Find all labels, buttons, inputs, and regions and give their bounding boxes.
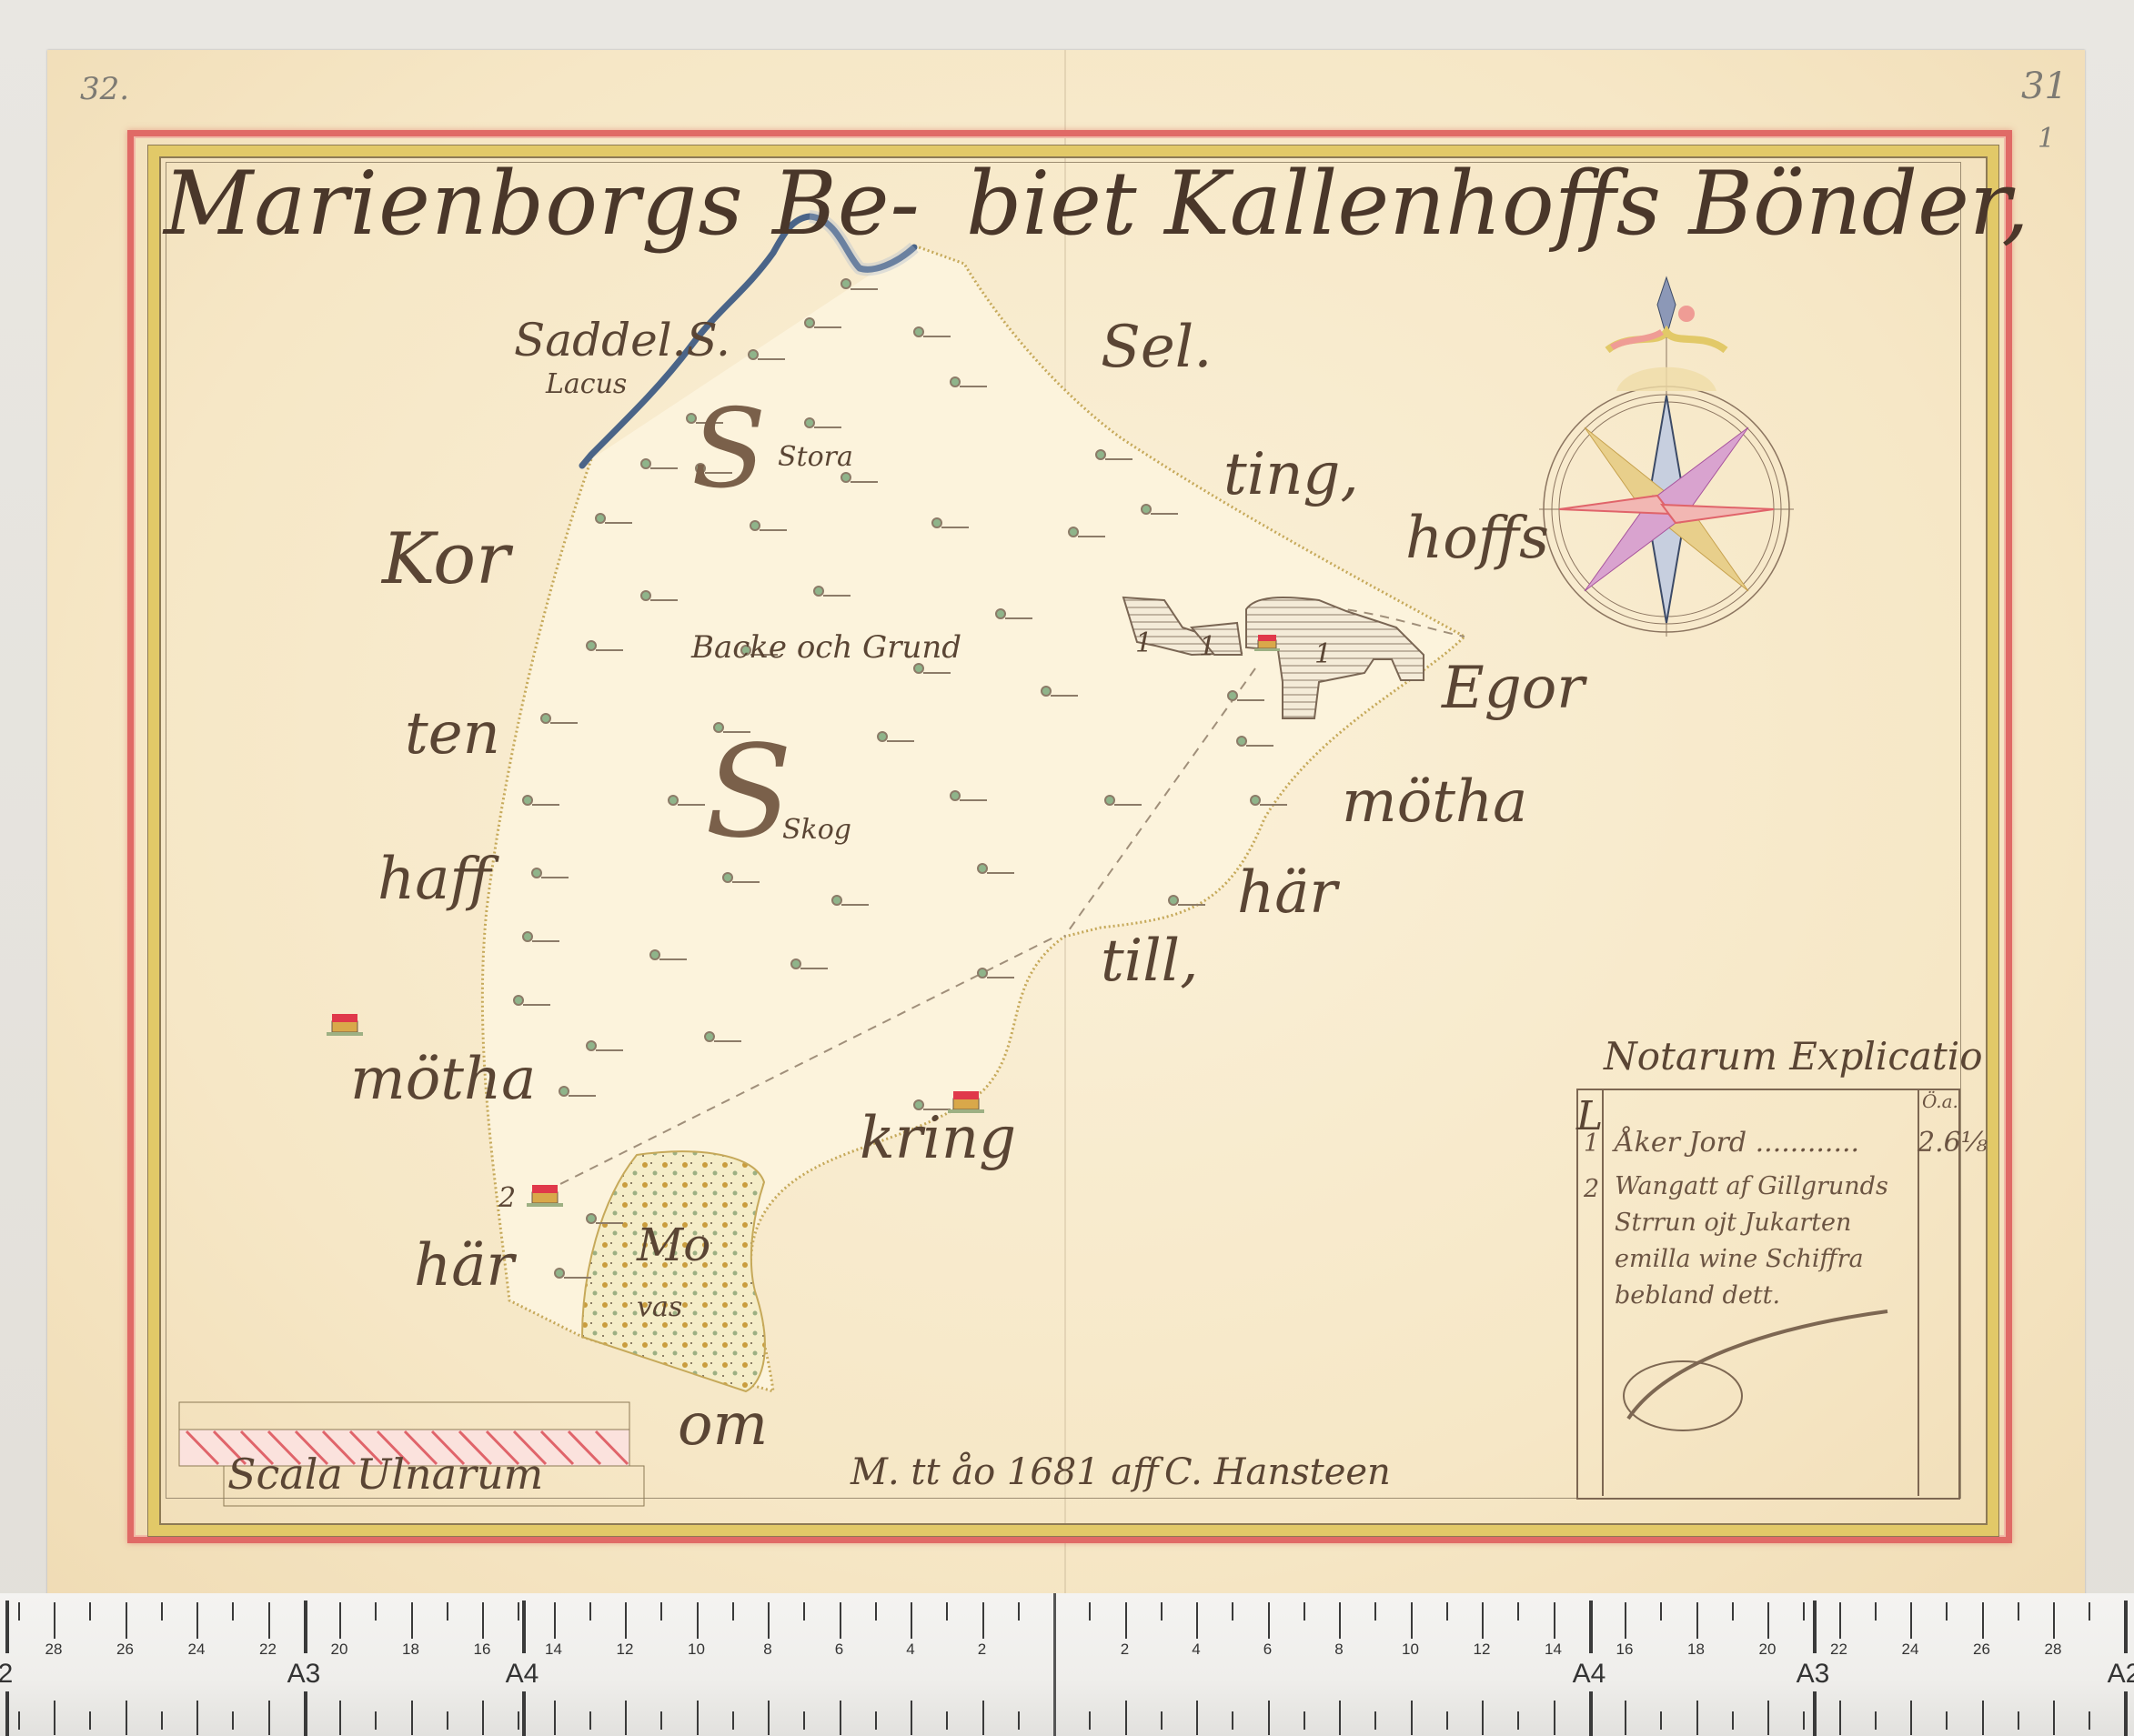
ruler-format-line: [1589, 1691, 1593, 1736]
ruler-number: 26: [1973, 1641, 1990, 1659]
ruler-tick: [126, 1602, 127, 1639]
surveyor-signature-name: C. Hansteen: [1164, 1451, 1391, 1493]
measurement-ruler: 2826242220181614121086422468101214161820…: [0, 1593, 2134, 1736]
ruler-tick: [803, 1602, 805, 1621]
ruler-tick: [447, 1602, 448, 1621]
ruler-tick: [161, 1602, 163, 1621]
ruler-tick: [518, 1602, 519, 1621]
ruler-number: 18: [402, 1641, 419, 1659]
ruler-tick: [660, 1602, 662, 1621]
ruler-tick: [1268, 1701, 1270, 1735]
ruler-tick: [1446, 1602, 1448, 1621]
label-ting: ting,: [1223, 441, 1359, 508]
ruler-tick: [768, 1701, 770, 1735]
ruler-format-line: [1813, 1601, 1817, 1653]
label-motha-left: mötha: [350, 1046, 536, 1113]
ruler-tick: [1839, 1602, 1841, 1639]
label-motha-right: mötha: [1342, 768, 1527, 836]
ruler-tick: [697, 1701, 699, 1735]
label-har-right: här: [1237, 859, 1337, 927]
ruler-tick: [18, 1711, 20, 1730]
ruler-number: 24: [188, 1641, 206, 1659]
ruler-tick: [339, 1602, 341, 1639]
label-hoffs: hoffs: [1405, 505, 1549, 572]
ruler-format-line: [1589, 1601, 1593, 1653]
legend-col-header: Ö.a.: [1922, 1090, 1958, 1112]
ruler-tick: [1875, 1711, 1877, 1730]
legend-row-value: 2.6⅛: [1918, 1127, 1988, 1159]
ruler-tick: [1910, 1701, 1912, 1735]
ruler-number: 4: [906, 1641, 914, 1659]
legend-row-text: bebland dett.: [1615, 1281, 1780, 1310]
ruler-tick: [554, 1701, 556, 1735]
ruler-tick: [232, 1711, 234, 1730]
label-till: till,: [1101, 928, 1198, 995]
ruler-tick: [54, 1701, 55, 1735]
ruler-format-label: 2: [0, 1659, 13, 1690]
ruler-tick: [1232, 1602, 1233, 1621]
ruler-tick: [1517, 1602, 1519, 1621]
ruler-tick: [1554, 1701, 1555, 1735]
ruler-tick: [1304, 1602, 1305, 1621]
house-icon: [327, 1014, 363, 1036]
ruler-tick: [54, 1602, 55, 1639]
ruler-tick: [1660, 1602, 1662, 1621]
ruler-number: 12: [1474, 1641, 1491, 1659]
ruler-number: 10: [688, 1641, 705, 1659]
surveyor-signature-prefix: M. tt åo 1681 aff: [851, 1451, 1159, 1493]
ruler-tick: [1125, 1701, 1127, 1735]
ruler-tick: [1696, 1602, 1698, 1639]
ruler-tick: [1554, 1602, 1555, 1639]
ruler-number: 20: [331, 1641, 348, 1659]
ruler-tick: [732, 1602, 734, 1621]
ruler-number: 10: [1402, 1641, 1419, 1659]
ruler-tick: [1839, 1701, 1841, 1735]
ruler-number: 6: [835, 1641, 843, 1659]
ruler-tick: [196, 1602, 198, 1639]
ruler-tick: [875, 1711, 877, 1730]
ruler-tick: [2089, 1602, 2090, 1621]
ruler-number: 18: [1687, 1641, 1705, 1659]
ruler-tick: [1517, 1711, 1519, 1730]
ruler-format-line: [304, 1601, 307, 1653]
ruler-format-label: A4: [506, 1659, 539, 1690]
ruler-tick: [1767, 1602, 1769, 1639]
ruler-tick: [1482, 1602, 1484, 1639]
house-number-label: 2: [498, 1182, 516, 1214]
ruler-format-line: [5, 1691, 9, 1736]
ruler-tick: [589, 1602, 591, 1621]
ruler-tick: [768, 1602, 770, 1639]
field-mark-3: 1: [1314, 638, 1332, 670]
ruler-format-label: A3: [1797, 1659, 1830, 1690]
ruler-number: 8: [763, 1641, 771, 1659]
label-skog-initial: S: [705, 718, 792, 867]
ruler-center-line: [1053, 1593, 1056, 1736]
ruler-tick: [1625, 1701, 1626, 1735]
ruler-number: 8: [1334, 1641, 1343, 1659]
label-stora-initial: S: [691, 386, 766, 513]
ruler-tick: [1660, 1711, 1662, 1730]
ruler-tick: [2018, 1602, 2019, 1621]
ruler-tick: [1982, 1701, 1984, 1735]
ruler-tick: [18, 1602, 20, 1621]
ruler-tick: [1089, 1602, 1091, 1621]
scale-label: Scala Ulnarum: [227, 1450, 543, 1499]
ruler-tick: [375, 1711, 377, 1730]
ruler-tick: [625, 1701, 627, 1735]
ruler-tick: [1304, 1711, 1305, 1730]
ruler-tick: [660, 1711, 662, 1730]
ruler-tick: [1232, 1711, 1233, 1730]
ruler-tick: [1125, 1602, 1127, 1639]
ruler-tick: [625, 1602, 627, 1639]
ruler-number: 4: [1192, 1641, 1200, 1659]
ruler-format-line: [522, 1601, 526, 1653]
ruler-tick: [1018, 1602, 1020, 1621]
label-backe-och-grund: Backe och Grund: [691, 629, 961, 666]
ruler-tick: [1803, 1711, 1805, 1730]
ruler-format-line: [1813, 1691, 1817, 1736]
ruler-tick: [911, 1602, 912, 1639]
ruler-tick: [268, 1701, 270, 1735]
label-haff: haff: [377, 846, 491, 913]
ruler-tick: [1732, 1602, 1734, 1621]
ruler-format-label: A4: [1573, 1659, 1606, 1690]
house-icon: [527, 1185, 563, 1207]
label-lacus: Lacus: [546, 368, 627, 400]
farmstead-icon: [1254, 635, 1280, 651]
label-ten: ten: [405, 700, 500, 768]
ruler-tick: [1411, 1701, 1413, 1735]
ruler-tick: [518, 1711, 519, 1730]
ruler-number: 2: [978, 1641, 986, 1659]
ruler-number: 12: [617, 1641, 634, 1659]
ruler-tick: [982, 1701, 984, 1735]
ruler-tick: [1875, 1602, 1877, 1621]
ruler-tick: [1482, 1701, 1484, 1735]
ruler-number: 14: [1545, 1641, 1562, 1659]
ruler-tick: [1767, 1701, 1769, 1735]
ruler-tick: [447, 1711, 448, 1730]
ruler-number: 24: [1902, 1641, 1919, 1659]
label-mo-sub: vas: [637, 1291, 682, 1323]
ruler-tick: [161, 1711, 163, 1730]
ruler-tick: [1161, 1711, 1163, 1730]
ruler-format-line: [304, 1691, 307, 1736]
ruler-tick: [1268, 1602, 1270, 1639]
label-skog: Skog: [782, 814, 851, 846]
ruler-tick: [339, 1701, 341, 1735]
ruler-number: 6: [1263, 1641, 1272, 1659]
ruler-tick: [1161, 1602, 1163, 1621]
ruler-tick: [232, 1602, 234, 1621]
legend-header: Notarum Explicatio: [1604, 1034, 1983, 1079]
ruler-tick: [1374, 1602, 1376, 1621]
legend-row-text: Wangatt af Gillgrunds: [1615, 1172, 1888, 1200]
ruler-number: 28: [2045, 1641, 2062, 1659]
label-har-left: här: [414, 1232, 514, 1299]
ruler-tick: [589, 1711, 591, 1730]
ruler-tick: [375, 1602, 377, 1621]
ruler-format-line: [2124, 1691, 2128, 1736]
ruler-tick: [911, 1701, 912, 1735]
ruler-number: 16: [474, 1641, 491, 1659]
ruler-number: 20: [1759, 1641, 1777, 1659]
ruler-tick: [2053, 1701, 2055, 1735]
ruler-tick: [946, 1711, 948, 1730]
ruler-tick: [554, 1602, 556, 1639]
ruler-tick: [2053, 1602, 2055, 1639]
field-mark-2: 1: [1199, 631, 1216, 663]
ruler-tick: [126, 1701, 127, 1735]
label-kor: Kor: [382, 518, 509, 600]
label-sel: Sel.: [1101, 314, 1213, 381]
ruler-tick: [1339, 1701, 1341, 1735]
ruler-tick: [411, 1602, 413, 1639]
ruler-tick: [482, 1701, 484, 1735]
ruler-number: 22: [1830, 1641, 1847, 1659]
ruler-number: 2: [1121, 1641, 1129, 1659]
ruler-format-line: [522, 1691, 526, 1736]
label-saddel: Saddel.S.: [514, 314, 730, 366]
label-stora: Stora: [778, 441, 853, 473]
ruler-tick: [2089, 1711, 2090, 1730]
ruler-tick: [1339, 1602, 1341, 1639]
ruler-number: 14: [545, 1641, 562, 1659]
ruler-tick: [2018, 1711, 2019, 1730]
ruler-tick: [89, 1602, 91, 1621]
ruler-tick: [1732, 1711, 1734, 1730]
ruler-tick: [411, 1701, 413, 1735]
ruler-number: 26: [116, 1641, 134, 1659]
ruler-tick: [1946, 1711, 1948, 1730]
ruler-tick: [803, 1711, 805, 1730]
ruler-tick: [268, 1602, 270, 1639]
ruler-tick: [982, 1602, 984, 1639]
ruler-number: 22: [259, 1641, 277, 1659]
ruler-tick: [1625, 1602, 1626, 1639]
ruler-tick: [1018, 1711, 1020, 1730]
ruler-tick: [875, 1602, 877, 1621]
ruler-format-line: [2124, 1601, 2128, 1653]
ruler-tick: [840, 1701, 841, 1735]
legend-row-num: 1: [1584, 1129, 1599, 1158]
ruler-tick: [1374, 1711, 1376, 1730]
ruler-number: 16: [1616, 1641, 1634, 1659]
ruler-tick: [1982, 1602, 1984, 1639]
ruler-tick: [1411, 1602, 1413, 1639]
label-om: om: [678, 1391, 768, 1459]
legend-box: Notarum Explicatio L Ö.a. 1 Åker Jord ..…: [1576, 1089, 1958, 1498]
ruler-tick: [1696, 1701, 1698, 1735]
ruler-format-label: A2: [2108, 1659, 2134, 1690]
ruler-tick: [1946, 1602, 1948, 1621]
ruler-tick: [732, 1711, 734, 1730]
ruler-tick: [482, 1602, 484, 1639]
legend-divider-left: [1602, 1089, 1604, 1496]
ruler-tick: [1446, 1711, 1448, 1730]
ruler-format-line: [5, 1601, 9, 1653]
ruler-tick: [1196, 1701, 1198, 1735]
legend-row-text: emilla wine Schiffra: [1615, 1245, 1864, 1273]
ruler-tick: [946, 1602, 948, 1621]
label-kring: kring: [860, 1105, 1016, 1172]
compass-rose: [1539, 277, 1794, 637]
label-egor: Egor: [1442, 655, 1585, 722]
ruler-tick: [1910, 1602, 1912, 1639]
ruler-tick: [840, 1602, 841, 1639]
ruler-tick: [697, 1602, 699, 1639]
ruler-tick: [89, 1711, 91, 1730]
legend-row-num: 2: [1584, 1175, 1599, 1203]
ruler-tick: [1089, 1711, 1091, 1730]
map-title-part2: biet Kallenhoffs Bönder,: [966, 153, 2029, 255]
ruler-format-label: A3: [287, 1659, 321, 1690]
ruler-number: 28: [45, 1641, 63, 1659]
label-mo: Mo: [637, 1219, 710, 1271]
ruler-tick: [1803, 1602, 1805, 1621]
ruler-tick: [196, 1701, 198, 1735]
map-title-part1: Marienborgs Be-: [164, 153, 921, 255]
ruler-tick: [1196, 1602, 1198, 1639]
field-mark-1: 1: [1135, 627, 1153, 659]
legend-row-text: Strrun ojt Jukarten: [1615, 1209, 1851, 1237]
legend-row-text: Åker Jord ............: [1615, 1127, 1859, 1159]
